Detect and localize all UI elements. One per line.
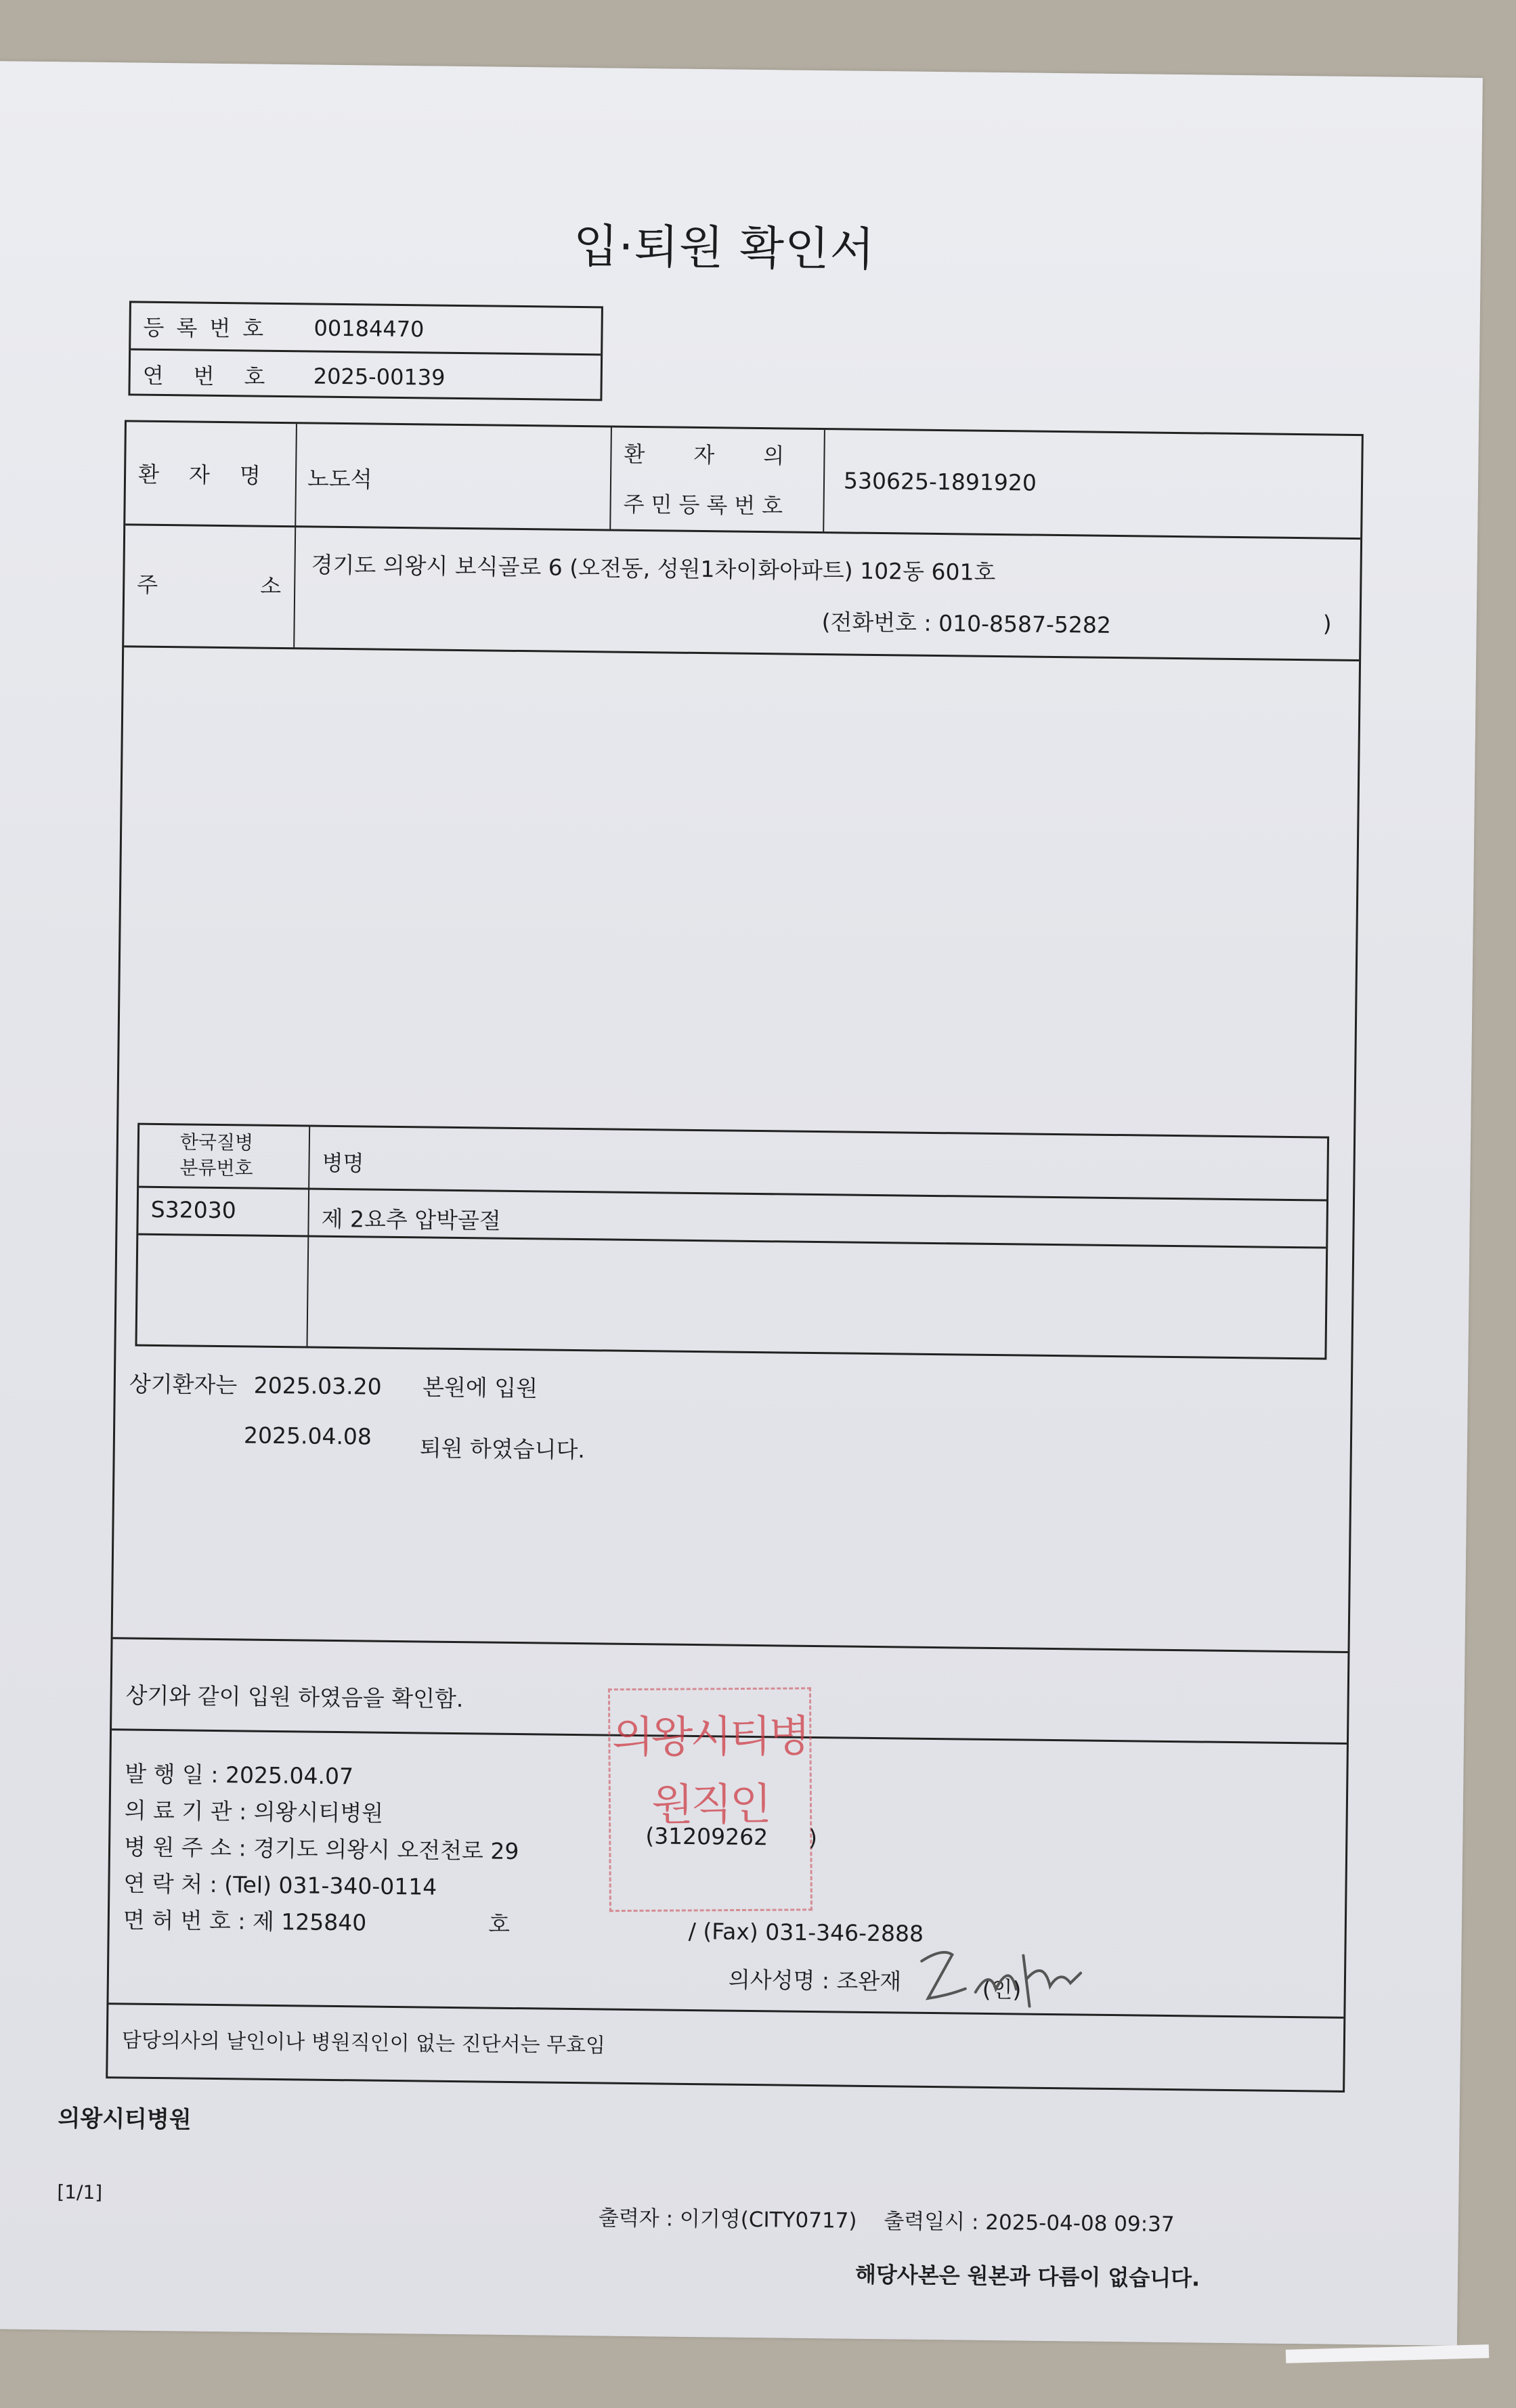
patient-name-value: 노도석 — [307, 461, 372, 494]
issue-date: 2025.04.07 — [225, 1761, 353, 1789]
contact-label: 연 락 처 : — [123, 1870, 217, 1898]
serial-number-row: 연번호 2025-00139 — [130, 350, 601, 403]
divider — [139, 1186, 1326, 1202]
address-value: 경기도 의왕시 보식골로 6 (오전동, 성원1차이화아파트) 102동 601… — [311, 547, 995, 586]
phone-line: (전화번호 : 010-8587-5282 — [821, 605, 1111, 640]
phone-prefix: (전화번호 : — [821, 609, 938, 636]
document-title: 입·퇴원 확인서 — [573, 210, 875, 279]
printed-by-label: 출력자 : — [599, 2206, 674, 2231]
printed-at-label: 출력일시 : — [884, 2209, 978, 2235]
divider — [125, 523, 1360, 540]
rrn-label-line1: 환자의 — [624, 437, 833, 470]
divider — [124, 645, 1359, 661]
serial-number-label: 연번호 — [131, 358, 294, 391]
issue-date-label: 발 행 일 : — [125, 1760, 219, 1788]
tel-label: (Tel) — [224, 1871, 272, 1898]
discharge-suffix: 퇴원 하였습니다. — [420, 1430, 586, 1464]
admission-suffix: 본원에 입원 — [423, 1374, 538, 1401]
license-row: 면 허 번 호 : 제 125840호 — [123, 1902, 519, 1943]
patient-name-label: 환자명 — [138, 458, 290, 491]
diagnosis-code: S32030 — [151, 1196, 236, 1223]
issue-date-row: 발 행 일 : 2025.04.07 — [125, 1755, 520, 1797]
institution-label: 의 료 기 관 : — [124, 1797, 246, 1824]
divider — [609, 427, 612, 529]
admission-line: 상기환자는 2025.03.20 본원에 입원 — [129, 1367, 538, 1403]
print-info: 출력자 : 이기영(CITY0717) 출력일시 : 2025-04-08 09… — [599, 2200, 1175, 2237]
fax-label: / (Fax) — [689, 1918, 758, 1945]
tel: 031-340-0114 — [278, 1872, 437, 1900]
copy-statement: 해당사본은 원본과 다름이 없습니다. — [855, 2258, 1200, 2293]
address-label-char1: 주 — [137, 568, 158, 599]
page-indicator: [1/1] — [57, 2181, 102, 2204]
hospital-address-label: 병 원 주 소 : — [124, 1833, 246, 1861]
doctor-line: 의사성명 : 조완재 — [729, 1963, 902, 1996]
address-label-char2: 소 — [260, 569, 281, 600]
divider — [108, 2002, 1343, 2019]
institution-row: 의 료 기 관 : 의왕시티병원 — [124, 1792, 519, 1833]
rrn-label-line2: 주민등록번호 — [623, 487, 789, 521]
printed-at: 2025-04-08 09:37 — [985, 2210, 1175, 2237]
hospital-address-row: 병 원 주 소 : 경기도 의왕시 오전천로 29 — [124, 1829, 519, 1870]
document-page: 입·퇴원 확인서 등록번호 00184470 연번호 2025-00139 환자… — [0, 61, 1483, 2346]
institution-code-value: (31209262 — [645, 1822, 768, 1850]
doctor-signature-icon — [914, 1941, 1091, 2017]
institution-code: (31209262) — [645, 1822, 817, 1851]
paper-stack-edge — [1286, 2344, 1489, 2363]
footer-hospital-name: 의왕시티병원 — [58, 2099, 192, 2134]
seal-text: 의왕시티병원직인 — [610, 1703, 810, 1839]
certificate-frame: 환자명 노도석 환자의 주민등록번호 530625-1891920 주 소 주소… — [106, 420, 1364, 2093]
admission-prefix: 상기환자는 — [129, 1371, 238, 1399]
hospital-address: 경기도 의왕시 오전천로 29 — [253, 1835, 519, 1864]
diagnosis-name: 제 2요추 압박골절 — [321, 1202, 501, 1235]
registration-box: 등록번호 00184470 연번호 2025-00139 — [128, 301, 603, 401]
doctor-name: 조완재 — [836, 1967, 901, 1994]
doctor-label: 의사성명 : — [729, 1967, 830, 1994]
fax: 031-346-2888 — [765, 1919, 924, 1947]
license: 제 125840 — [253, 1908, 367, 1936]
code-header-line1: 한국질병 — [180, 1129, 254, 1156]
diagnosis-name-header: 병명 — [322, 1146, 364, 1178]
license-label: 면 허 번 호 : — [123, 1906, 246, 1934]
registration-number-row: 등록번호 00184470 — [131, 303, 601, 355]
code-header-line2: 분류번호 — [179, 1155, 253, 1181]
contact-row: 연 락 처 : (Tel) 031-340-0114 — [123, 1865, 519, 1906]
issuer-info: 발 행 일 : 2025.04.07 의 료 기 관 : 의왕시티병원 병 원 … — [123, 1755, 520, 1943]
fax-line: / (Fax) 031-346-2888 — [689, 1918, 924, 1947]
discharge-date: 2025.04.08 — [244, 1422, 372, 1449]
printed-by: 이기영(CITY0717) — [680, 2207, 857, 2233]
rrn-value: 530625-1891920 — [844, 467, 1037, 496]
divider — [138, 1233, 1326, 1249]
confirmation-statement: 상기와 같이 입원 하였음을 확인함. — [125, 1678, 463, 1713]
divider — [293, 424, 297, 647]
license-suffix: 호 — [488, 1911, 510, 1938]
institution: 의왕시티병원 — [254, 1799, 384, 1826]
phone-value: 010-8587-5282 — [938, 610, 1111, 638]
diagnosis-table: 한국질병 분류번호 병명 S32030 제 2요추 압박골절 — [135, 1123, 1329, 1360]
institution-code-close: ) — [808, 1824, 817, 1851]
phone-suffix: ) — [1322, 610, 1331, 636]
hospital-official-seal: 의왕시티병원직인 — [608, 1687, 813, 1912]
admission-date: 2025.03.20 — [254, 1372, 382, 1400]
validity-notice: 담당의사의 날인이나 병원직인이 없는 진단서는 무효임 — [122, 2023, 606, 2058]
divider — [113, 1637, 1348, 1653]
registration-number-value: 00184470 — [293, 315, 424, 342]
diagnosis-code-header: 한국질병 분류번호 — [179, 1129, 253, 1181]
registration-number-label: 등록번호 — [131, 310, 294, 343]
serial-number-value: 2025-00139 — [293, 363, 446, 391]
